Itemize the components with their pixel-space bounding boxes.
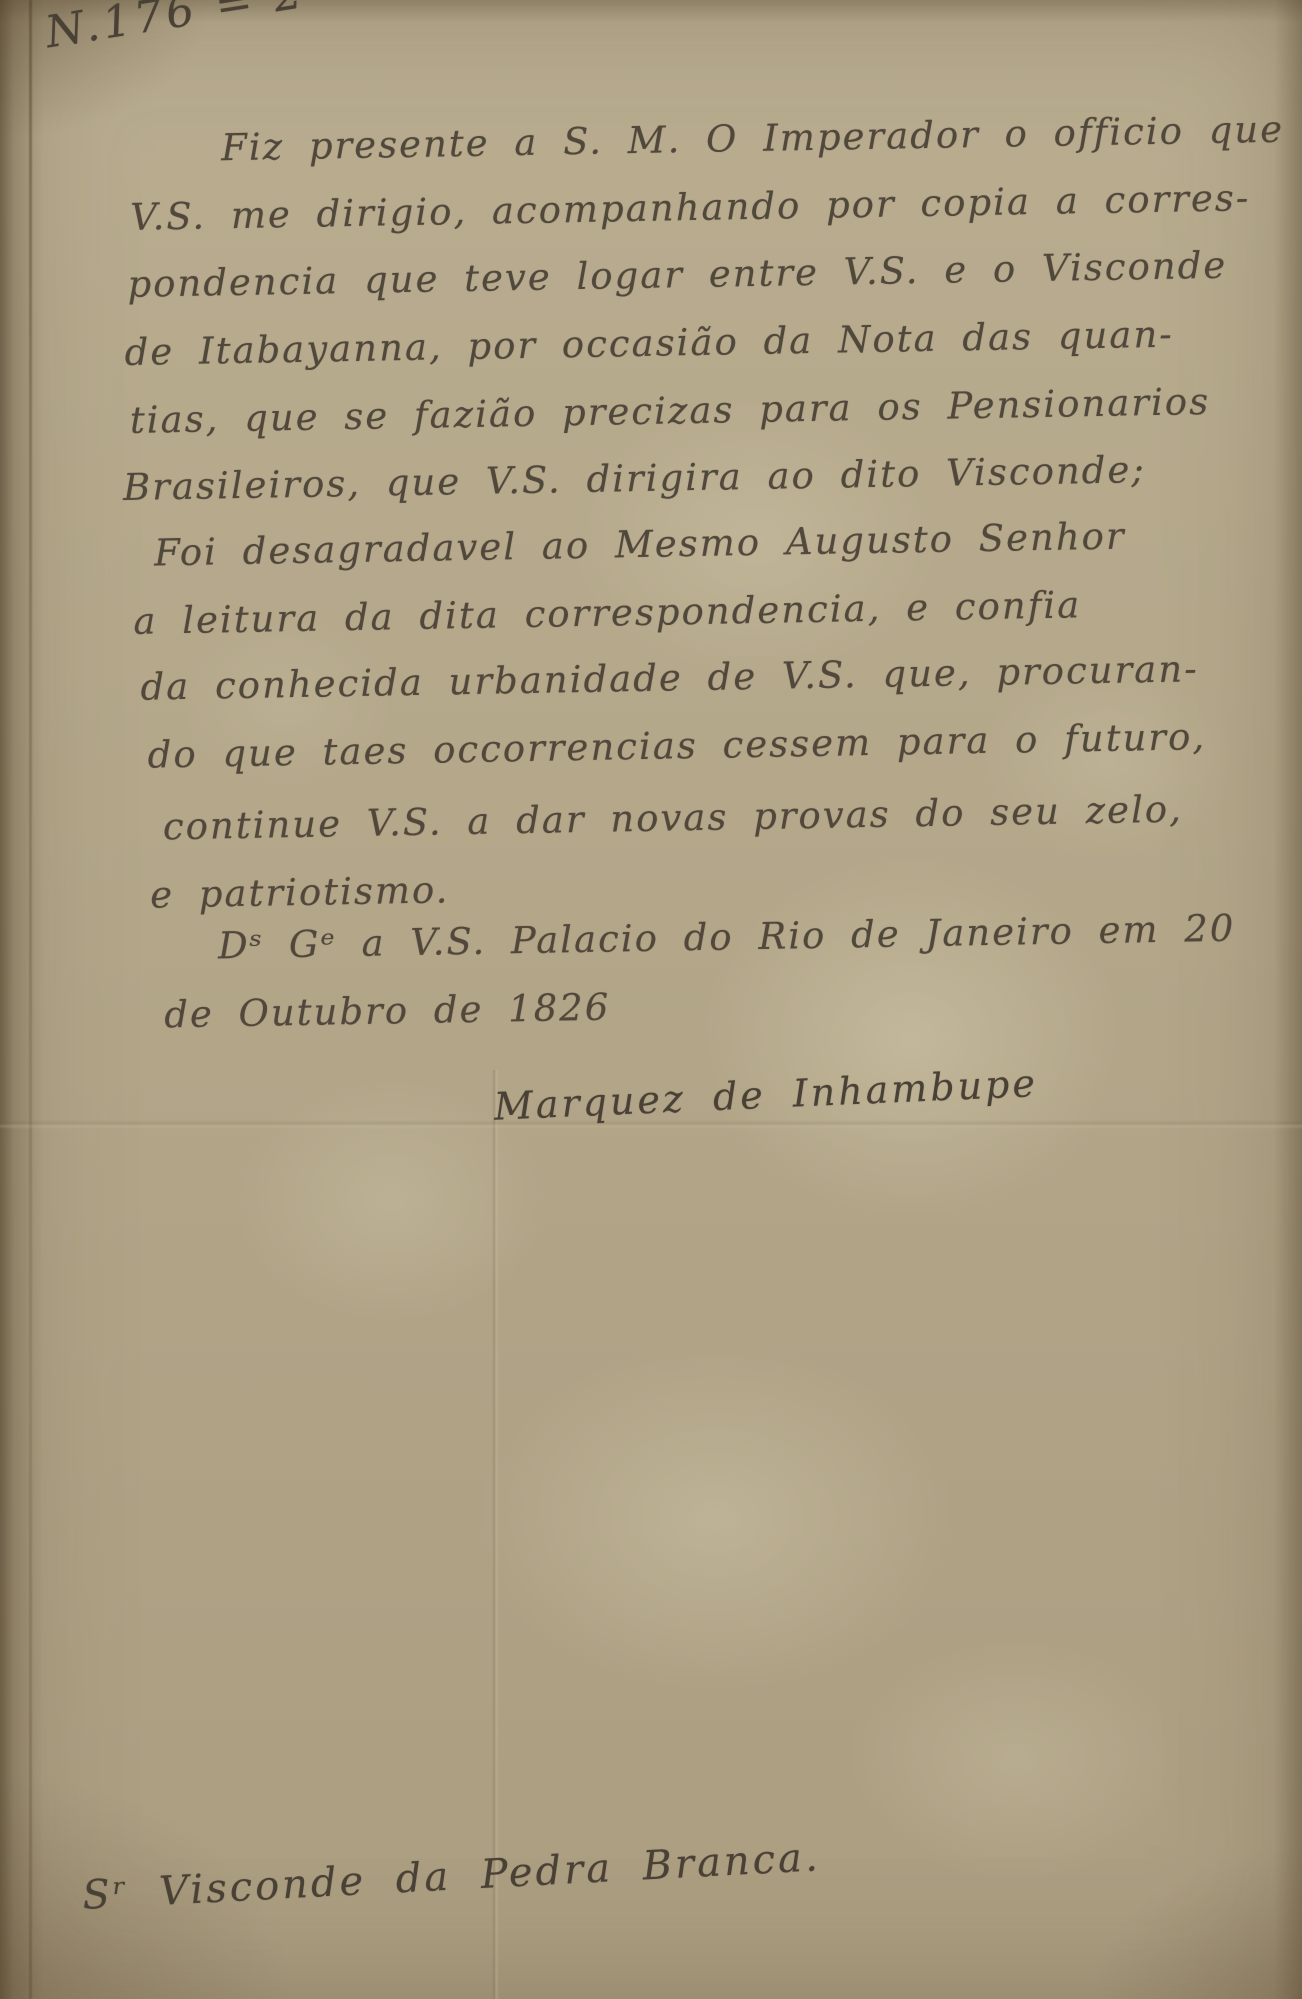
manuscript-line: de Itabayanna, por occasião da Nota das …: [124, 313, 1174, 374]
manuscript-line: da conhecida urbanidade de V.S. que, pro…: [140, 647, 1199, 708]
manuscript-line: de Outubro de 1826: [164, 986, 611, 1037]
manuscript-line: continue V.S. a dar novas provas do seu …: [163, 788, 1184, 849]
manuscript-line: Foi desagradavel ao Mesmo Augusto Senhor: [154, 515, 1126, 575]
addressee-line: Sʳ Visconde da Pedra Branca.: [81, 1834, 821, 1919]
manuscript-line: Brasileiros, que V.S. dirigira ao dito V…: [123, 448, 1146, 509]
manuscript-line: a leitura da dita correspondencia, e con…: [133, 583, 1082, 643]
manuscript-line: Dˢ Gᵉ a V.S. Palacio do Rio de Janeiro e…: [218, 907, 1236, 968]
manuscript-line: V.S. me dirigio, acompanhando por copia …: [130, 176, 1251, 239]
manuscript-line: do que taes occorrencias cessem para o f…: [147, 715, 1206, 776]
manuscript-line: tias, que se fazião precizas para os Pen…: [129, 380, 1210, 442]
signature: Marquez de Inhambupe: [493, 1061, 1039, 1129]
manuscript-line: Fiz presente a S. M. O Imperador o offic…: [221, 108, 1285, 170]
manuscript-page: N.176 = 2ª Vª Fiz presente a S. M. O Imp…: [0, 0, 1302, 1999]
manuscript-line: pondencia que teve logar entre V.S. e o …: [127, 244, 1227, 306]
letter-body: Fiz presente a S. M. O Imperador o offic…: [0, 0, 1302, 1999]
manuscript-line: e patriotismo.: [150, 868, 450, 916]
